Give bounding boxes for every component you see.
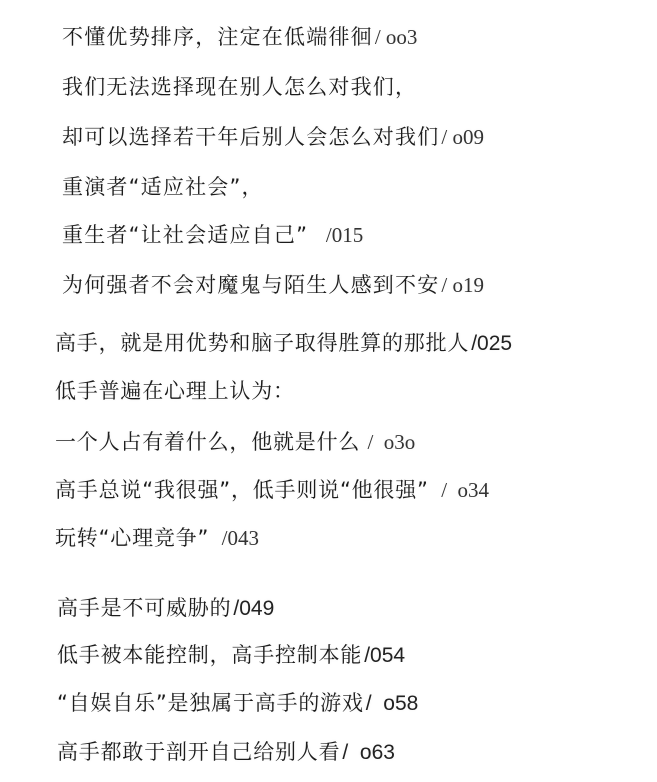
toc-entry: 高手是不可威胁的/049: [57, 595, 274, 621]
toc-entry: 高手，就是用优势和脑子取得胜算的那批人/025: [55, 330, 512, 356]
toc-entry: 一个人占有着什么，他就是什么 / o3o: [55, 429, 415, 455]
toc-entry-page-number: / o19: [441, 273, 484, 297]
toc-entry-title: “自娱自乐”是独属于高手的游戏: [57, 691, 364, 715]
toc-entry-title: 低手普遍在心理上认为：: [55, 379, 295, 403]
toc-entry-page-number: / oo3: [375, 25, 418, 49]
toc-entry: 为何强者不会对魔鬼与陌生人感到不安/ o19: [62, 272, 484, 298]
toc-entry-page-number: /043: [211, 526, 259, 550]
toc-entry: 重演者“适应社会”，: [62, 174, 264, 200]
toc-entry-title: 重演者“适应社会”，: [62, 175, 264, 199]
toc-entry-title: 高手，就是用优势和脑子取得胜算的那批人: [55, 331, 469, 355]
toc-entry-page-number: /049: [233, 597, 274, 620]
toc-entry: 却可以选择若干年后别人会怎么对我们/ o09: [62, 124, 484, 150]
toc-entry-page-number: / o09: [441, 125, 484, 149]
toc-entry-title: 低手被本能控制，高手控制本能: [57, 643, 362, 667]
toc-entry-title: 我们无法选择现在别人怎么对我们，: [62, 75, 417, 99]
toc-entry: 高手都敢于剖开自己给别人看/ o63: [57, 739, 395, 765]
toc-entry-title: 玩转“心理竞争”: [55, 526, 209, 550]
toc-entry: 不懂优势排序，注定在低端徘徊/ oo3: [62, 24, 417, 50]
toc-entry: 我们无法选择现在别人怎么对我们，: [62, 74, 417, 100]
toc-entry-title: 高手都敢于剖开自己给别人看: [57, 740, 340, 764]
toc-entry-page-number: /015: [310, 223, 363, 247]
toc-entry-page-number: /025: [471, 332, 512, 355]
toc-entry-title: 为何强者不会对魔鬼与陌生人感到不安: [62, 273, 439, 297]
toc-entry-title: 高手是不可威胁的: [57, 596, 231, 620]
toc-entry-title: 不懂优势排序，注定在低端徘徊: [62, 25, 373, 49]
toc-entry-title: 一个人占有着什么，他就是什么: [55, 430, 360, 454]
toc-entry: “自娱自乐”是独属于高手的游戏/ o58: [57, 690, 418, 716]
toc-entry: 玩转“心理竞争” /043: [55, 525, 259, 551]
toc-entry: 低手被本能控制，高手控制本能/054: [57, 642, 405, 668]
toc-entry: 高手总说“我很强”，低手则说“他很强” / o34: [55, 477, 489, 503]
toc-entry: 低手普遍在心理上认为：: [55, 378, 295, 404]
toc-entry: 重生者“让社会适应自己” /015: [62, 222, 363, 248]
toc-entry-page-number: / o3o: [362, 430, 415, 454]
toc-entry-page-number: /054: [364, 644, 405, 667]
toc-entry-page-number: / o63: [342, 741, 395, 764]
toc-entry-title: 却可以选择若干年后别人会怎么对我们: [62, 125, 439, 149]
toc-entry-page-number: / o58: [366, 692, 419, 715]
toc-entry-page-number: / o34: [431, 478, 489, 502]
toc-entry-title: 高手总说“我很强”，低手则说“他很强”: [55, 478, 429, 502]
toc-entry-title: 重生者“让社会适应自己”: [62, 223, 308, 247]
